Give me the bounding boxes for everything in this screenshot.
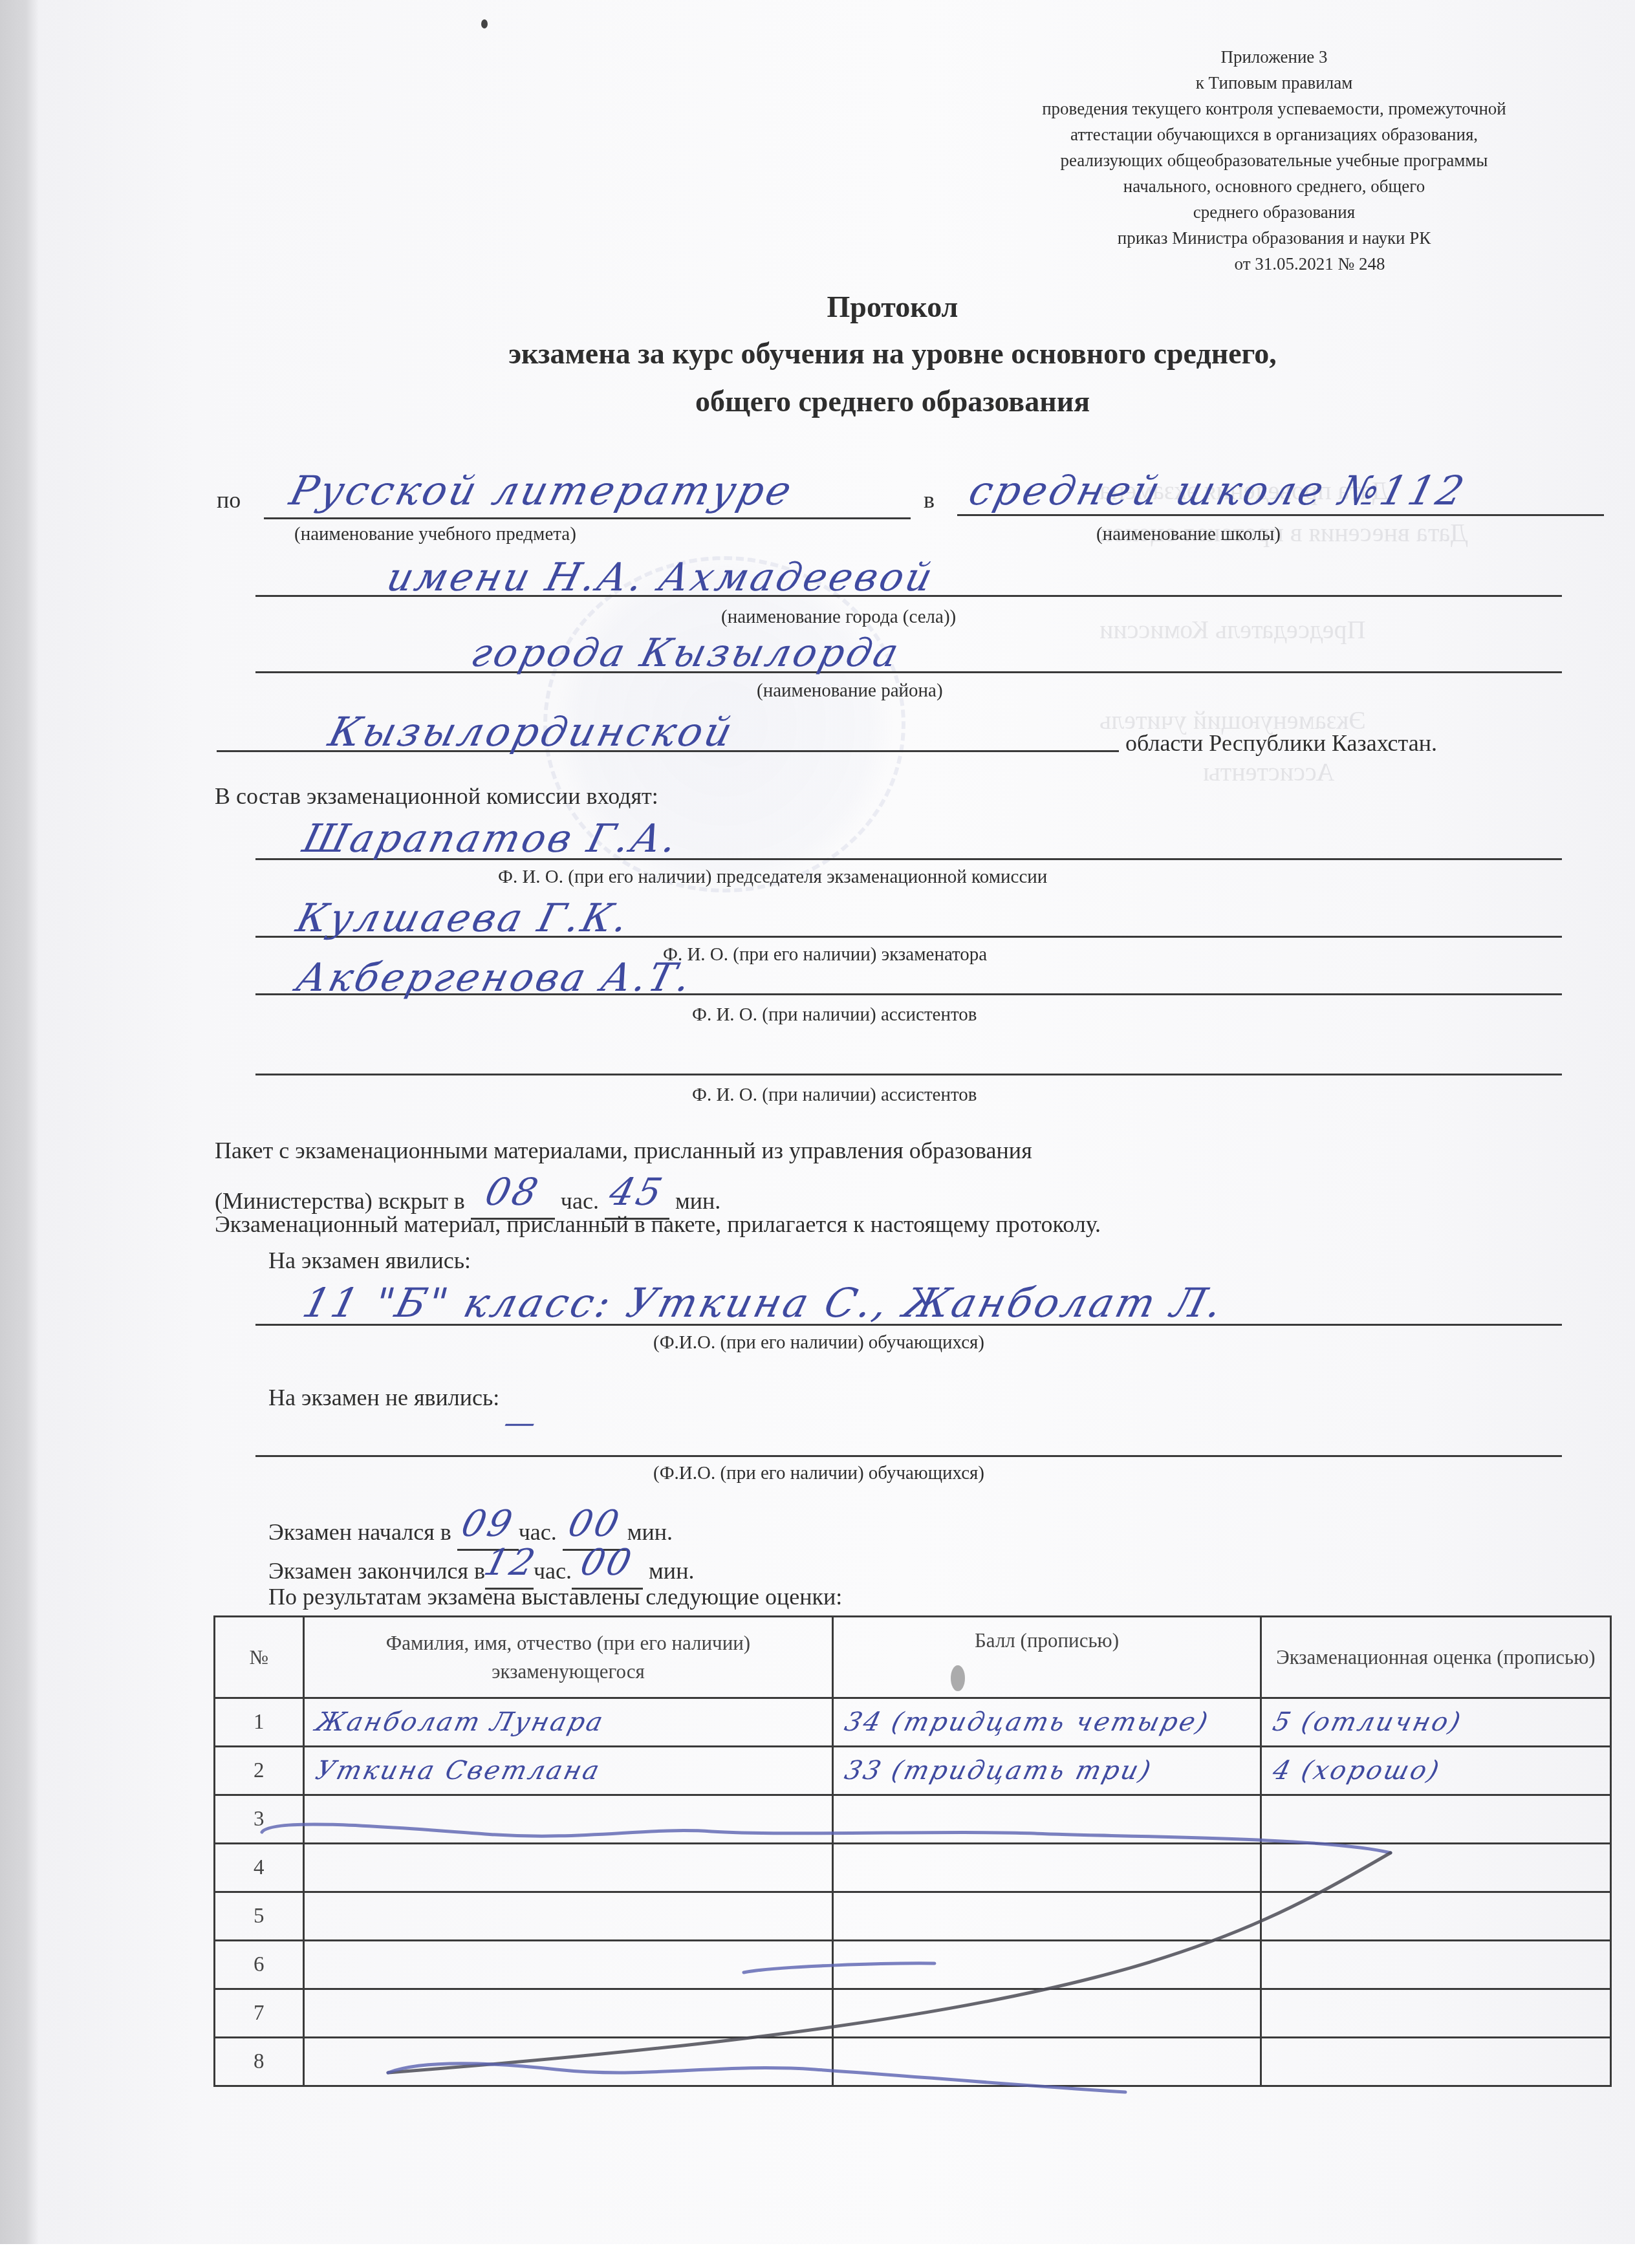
col-header-number: №: [215, 1617, 304, 1698]
grade-cell[interactable]: [1261, 1892, 1610, 1941]
appendix-line: проведения текущего контроля успеваемост…: [970, 96, 1578, 122]
grade-cell[interactable]: 5 (отлично): [1261, 1698, 1610, 1747]
appendix-line: Приложение 3: [970, 44, 1578, 70]
end-hour-field[interactable]: 12: [480, 1542, 541, 1584]
appendix-line: начального, основного среднего, общего: [970, 173, 1578, 199]
grade-cell[interactable]: [1261, 1941, 1610, 1989]
package-opened-label: (Министерства) вскрыт в: [215, 1188, 465, 1214]
package-line3: Экзаменационный материал, присланный в п…: [215, 1211, 1101, 1238]
row-number: 5: [215, 1892, 304, 1941]
grade-cell[interactable]: [1261, 1989, 1610, 2038]
present-label: На экзамен явились:: [268, 1247, 471, 1274]
end-min-field[interactable]: 00: [576, 1542, 638, 1584]
table-row: 7: [215, 1989, 1611, 2038]
absent-label: На экзамен не явились:: [268, 1384, 499, 1411]
assistant2-underline: [255, 1074, 1562, 1075]
hour-label: час.: [561, 1188, 599, 1214]
row-number: 2: [215, 1747, 304, 1795]
school-caption: (наименование школы): [1096, 524, 1281, 545]
assistant2-caption: Ф. И. О. (при наличии) ассистентов: [692, 1085, 977, 1106]
subject-caption: (наименование учебного предмета): [294, 524, 576, 545]
bleed-text: Председатель Комиссии: [1099, 614, 1365, 645]
scanned-page: Дата проведения экзамена Дата внесения в…: [0, 0, 1635, 2244]
col-header-grade: Экзаменационная оценка (прописью): [1261, 1617, 1610, 1698]
results-intro: По результатам экзамена выставлены следу…: [268, 1583, 842, 1610]
row-number: 4: [215, 1844, 304, 1892]
v-label: в: [924, 486, 935, 513]
absent-field[interactable]: —: [500, 1405, 543, 1441]
city-field[interactable]: города Кызылорда: [466, 631, 905, 676]
start-min-field[interactable]: 00: [564, 1503, 625, 1545]
appendix-line: аттестации обучающихся в организациях об…: [970, 122, 1578, 147]
assistant1-field[interactable]: Акбергенова А.Т.: [292, 955, 698, 1000]
assistant1-caption: Ф. И. О. (при наличии) ассистентов: [692, 1004, 977, 1026]
row-number: 8: [215, 2038, 304, 2086]
appendix-line: приказ Министра образования и науки РК: [970, 225, 1578, 251]
scan-speck: [481, 19, 488, 28]
chairman-field[interactable]: Шарапатов Г.А.: [298, 816, 684, 861]
chairman-caption: Ф. И. О. (при его наличии) председателя …: [498, 867, 1047, 888]
district-caption: (наименование района): [757, 680, 943, 702]
examiner-field[interactable]: Кулшаева Г.К.: [292, 896, 635, 941]
student-name-cell[interactable]: [303, 1941, 833, 1989]
start-hour-field[interactable]: 09: [457, 1503, 518, 1545]
grade-cell[interactable]: [1261, 2038, 1610, 2086]
min-label: мин.: [627, 1519, 673, 1545]
grade-cell[interactable]: [1261, 1795, 1610, 1844]
page-subtitle: экзамена за курс обучения на уровне осно…: [194, 331, 1591, 376]
present-field[interactable]: 11 "Б" класс: Уткина С., Жанболат Л.: [298, 1279, 1229, 1326]
score-cell[interactable]: [833, 1989, 1261, 2038]
opened-hour-field[interactable]: 08: [481, 1170, 545, 1214]
subject-field[interactable]: Русской литературе: [285, 467, 799, 514]
absent-underline: [255, 1455, 1562, 1457]
page-title: Протокол: [194, 285, 1591, 330]
score-cell[interactable]: [833, 1844, 1261, 1892]
score-cell[interactable]: [833, 1892, 1261, 1941]
row-number: 3: [215, 1795, 304, 1844]
table-row: 8: [215, 2038, 1611, 2086]
subject-underline: [264, 517, 911, 519]
score-cell[interactable]: 33 (тридцать три): [833, 1747, 1261, 1795]
score: 33 (тридцать три): [841, 1756, 1155, 1786]
table-row: 6: [215, 1941, 1611, 1989]
row-number: 6: [215, 1941, 304, 1989]
po-label: по: [217, 486, 241, 513]
score-cell[interactable]: 34 (тридцать четыре): [833, 1698, 1261, 1747]
school-name-field[interactable]: имени Н.А. Ахмадеевой: [382, 555, 939, 600]
school-underline: [957, 514, 1604, 516]
bleed-text: Ассистенты: [1203, 757, 1335, 787]
student-name-cell[interactable]: [303, 1795, 833, 1844]
student-name: Жанболат Лунара: [312, 1707, 607, 1737]
opened-min-field[interactable]: 45: [605, 1170, 669, 1214]
commission-intro: В состав экзаменационной комиссии входят…: [215, 783, 658, 810]
grade-cell[interactable]: [1261, 1844, 1610, 1892]
region-suffix: области Республики Казахстан.: [1125, 729, 1437, 757]
exam-end-label: Экзамен закончился в: [268, 1558, 485, 1584]
student-name-cell[interactable]: [303, 1844, 833, 1892]
col-header-name: Фамилия, имя, отчество (при его наличии)…: [303, 1617, 833, 1698]
student-name-cell[interactable]: [303, 1989, 833, 2038]
appendix-line: к Типовым правилам: [970, 70, 1578, 96]
city-underline: [255, 671, 1562, 673]
hour-label: час.: [519, 1519, 557, 1545]
page-subtitle: общего среднего образования: [194, 379, 1591, 424]
min-label: мин.: [675, 1188, 720, 1214]
student-name-cell[interactable]: [303, 1892, 833, 1941]
package-line1: Пакет с экзаменационными материалами, пр…: [215, 1137, 1032, 1164]
table-row: 3: [215, 1795, 1611, 1844]
table-row: 4: [215, 1844, 1611, 1892]
table-header-row: № Фамилия, имя, отчество (при его наличи…: [215, 1617, 1611, 1698]
appendix-line: среднего образования: [970, 199, 1578, 225]
present-caption: (Ф.И.О. (при его наличии) обучающихся): [653, 1332, 984, 1354]
exam-start-label: Экзамен начался в: [268, 1519, 451, 1545]
table-row: 2 Уткина Светлана 33 (тридцать три) 4 (х…: [215, 1747, 1611, 1795]
hour-label: час.: [534, 1558, 572, 1584]
student-name: Уткина Светлана: [312, 1756, 604, 1786]
appendix-line: от 31.05.2021 № 248: [970, 251, 1578, 277]
absent-caption: (Ф.И.О. (при его наличии) обучающихся): [653, 1463, 984, 1484]
grade-cell[interactable]: 4 (хорошо): [1261, 1747, 1610, 1795]
student-name-cell[interactable]: Уткина Светлана: [303, 1747, 833, 1795]
appendix-line: реализующих общеобразовательные учебные …: [970, 147, 1578, 173]
score: 34 (тридцать четыре): [841, 1707, 1212, 1737]
student-name-cell[interactable]: [303, 2038, 833, 2086]
score-cell[interactable]: [833, 1795, 1261, 1844]
grade: 4 (хорошо): [1270, 1756, 1444, 1786]
row-number: 1: [215, 1698, 304, 1747]
score-cell[interactable]: [833, 2038, 1261, 2086]
table-row: 5: [215, 1892, 1611, 1941]
col-header-score: Балл (прописью): [833, 1617, 1261, 1698]
examiner-caption: Ф. И. О. (при его наличии) экзаменатора: [663, 944, 987, 966]
row-number: 7: [215, 1989, 304, 2038]
region-field[interactable]: Кызылординской: [324, 708, 740, 755]
city-caption: (наименование города (села)): [721, 607, 956, 628]
min-label: мин.: [649, 1558, 694, 1584]
appendix-reference: Приложение 3 к Типовым правилам проведен…: [970, 44, 1578, 277]
table-row: 1 Жанболат Лунара 34 (тридцать четыре) 5…: [215, 1698, 1611, 1747]
score-cell[interactable]: [833, 1941, 1261, 1989]
student-name-cell[interactable]: Жанболат Лунара: [303, 1698, 833, 1747]
school-field[interactable]: средней школе №112: [964, 467, 1471, 514]
grades-table: № Фамилия, имя, отчество (при его наличи…: [213, 1615, 1612, 2087]
grade: 5 (отлично): [1270, 1707, 1465, 1737]
